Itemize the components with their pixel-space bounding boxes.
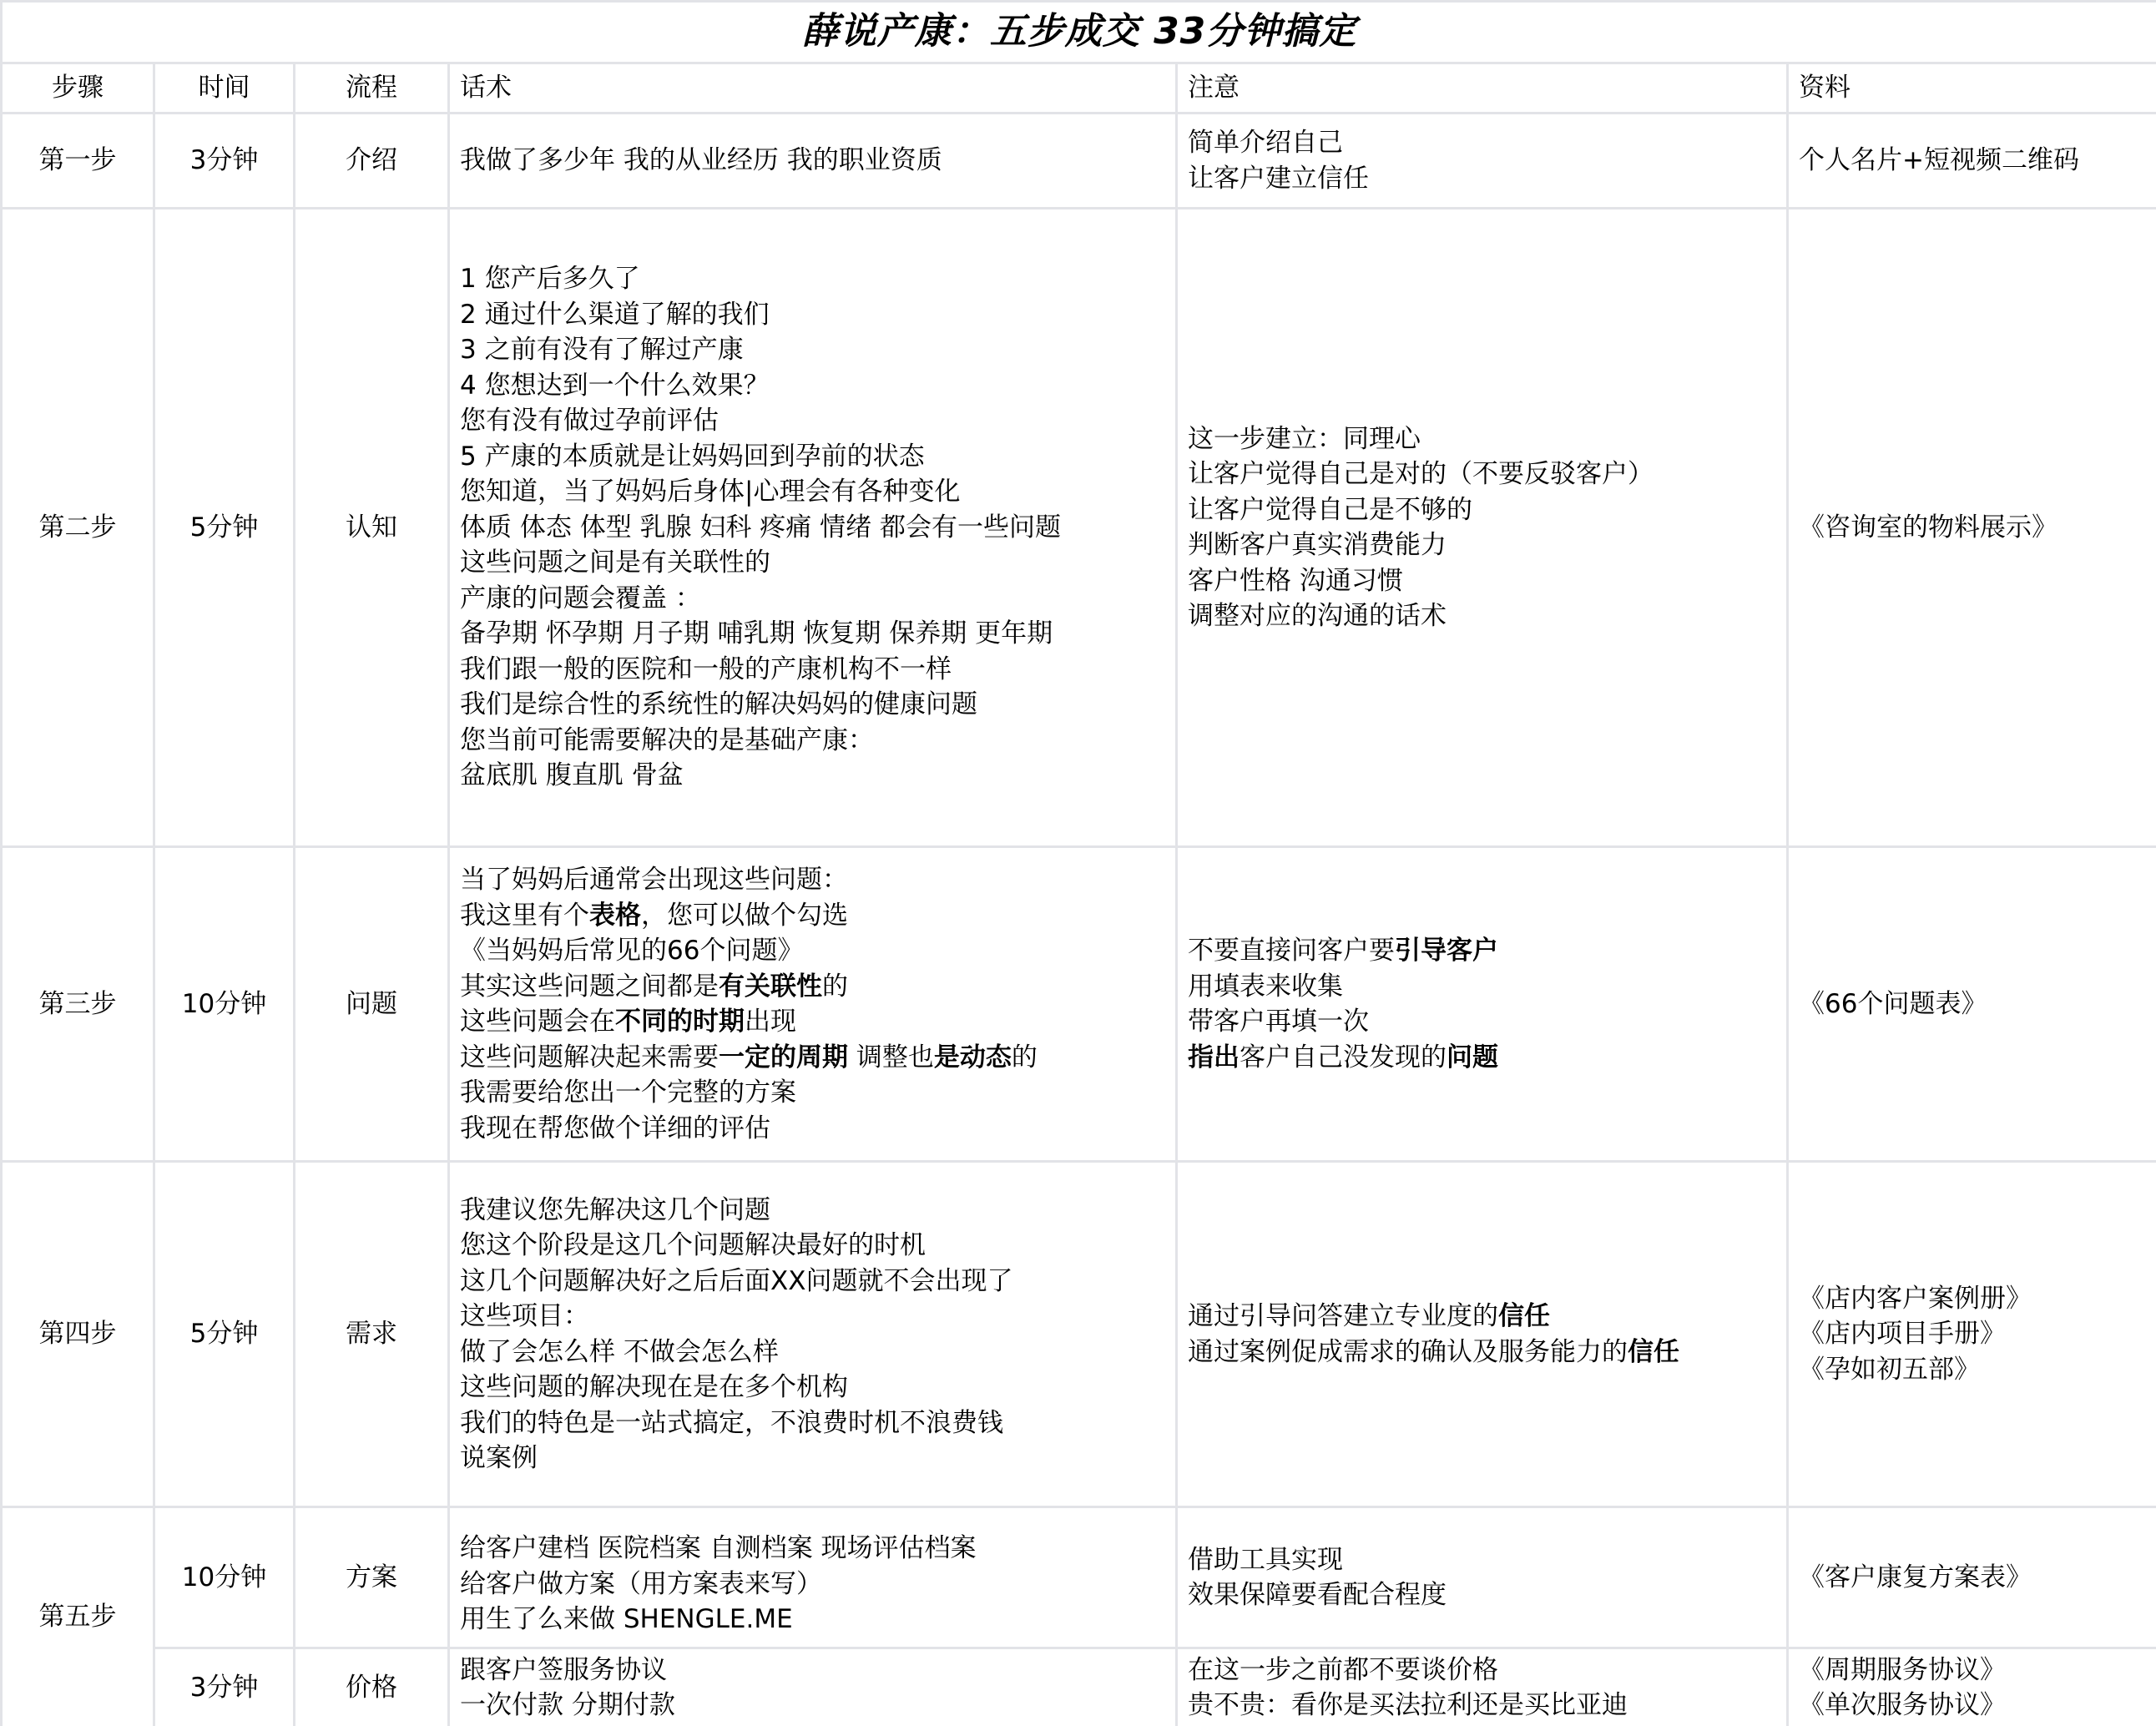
script-line: 我们的特色是一站式搞定，不浪费时机不浪费钱 [460, 1406, 1169, 1441]
notes-line: 通过引导问答建立专业度的信任 [1188, 1299, 1780, 1335]
script-line: 这些问题解决起来需要一定的周期 调整也是动态的 [460, 1040, 1169, 1076]
materials-line: 《孕如初五部》 [1799, 1352, 2149, 1388]
cell-notes: 这一步建立：同理心 让客户觉得自己是对的（不要反驳客户） 让客户觉得自己是不够的… [1177, 209, 1788, 847]
script-line: 体质 体态 体型 乳腺 妇科 疼痛 情绪 都会有一些问题 [460, 510, 1169, 546]
script-line: 当了妈妈后通常会出现这些问题： [460, 862, 1169, 898]
table-row-step-5-plan: 第五步 10分钟 方案 给客户建档 医院档案 自测档案 现场评估档案 给客户做方… [2, 1507, 2156, 1648]
notes-line: 通过案例促成需求的确认及服务能力的信任 [1188, 1335, 1780, 1370]
text-run: 的 [1012, 1042, 1038, 1072]
script-line: 这些项目： [460, 1299, 1169, 1335]
cell-script: 当了妈妈后通常会出现这些问题： 我这里有个表格，您可以做个勾选 《当妈妈后常见的… [449, 847, 1177, 1162]
script-line: 做了会怎么样 不做会怎么样 [460, 1335, 1169, 1370]
cell-notes: 通过引导问答建立专业度的信任 通过案例促成需求的确认及服务能力的信任 [1177, 1162, 1788, 1507]
bold-text: 一定的周期 [719, 1042, 848, 1072]
script-line: 我现在帮您做个详细的评估 [460, 1111, 1169, 1147]
text-run: 不要直接问客户要 [1188, 936, 1395, 966]
script-line: 产康的问题会覆盖 ： [460, 581, 1169, 617]
script-line: 我建议您先解决这几个问题 [460, 1193, 1169, 1229]
script-line: 这些问题会在不同的时期出现 [460, 1004, 1169, 1040]
header-time: 时间 [154, 63, 295, 114]
cell-script: 给客户建档 医院档案 自测档案 现场评估档案 给客户做方案（用方案表来写） 用生… [449, 1507, 1177, 1648]
bold-text: 指出 [1188, 1042, 1240, 1072]
cell-time: 10分钟 [154, 1507, 295, 1648]
header-row: 步骤 时间 流程 话术 注意 资料 [2, 63, 2156, 114]
cell-notes: 简单介绍自己 让客户建立信任 [1177, 114, 1788, 209]
text-run: ，您可以做个勾选 [641, 901, 848, 931]
script-line: 跟客户签服务协议 [460, 1653, 1169, 1688]
header-process: 流程 [295, 63, 449, 114]
script-line: 一次付款 分期付款 [460, 1688, 1169, 1723]
cell-process: 需求 [295, 1162, 449, 1507]
script-line: 您这个阶段是这几个问题解决最好的时机 [460, 1228, 1169, 1264]
text-run: 我这里有个 [460, 901, 589, 931]
notes-line: 借助工具实现 [1188, 1542, 1780, 1578]
text-run: 这些问题解决起来需要 [460, 1042, 719, 1072]
cell-script: 我建议您先解决这几个问题 您这个阶段是这几个问题解决最好的时机 这几个问题解决好… [449, 1162, 1177, 1507]
notes-line: 这一步建立：同理心 [1188, 421, 1780, 457]
cell-time: 5分钟 [154, 209, 295, 847]
script-line: 您知道，当了妈妈后身体|心理会有各种变化 [460, 474, 1169, 510]
script-line: 给客户做方案（用方案表来写） [460, 1567, 1169, 1602]
materials-line: 《客户康复方案表》 [1799, 1560, 2149, 1596]
notes-line: 在这一步之前都不要谈价格 [1188, 1653, 1780, 1688]
cell-process: 价格 [295, 1648, 449, 1726]
notes-line: 贵不贵：看你是买法拉利还是买比亚迪 [1188, 1688, 1780, 1723]
cell-step: 第二步 [2, 209, 154, 847]
notes-line: 让客户觉得自己是不够的 [1188, 492, 1780, 528]
notes-line: 简单介绍自己 [1188, 125, 1780, 161]
materials-line: 个人名片+短视频二维码 [1799, 143, 2149, 179]
materials-line: 《单次服务协议》 [1799, 1688, 2149, 1723]
materials-line: 《周期服务协议》 [1799, 1653, 2149, 1688]
cell-time: 5分钟 [154, 1162, 295, 1507]
script-line: 盆底肌 腹直肌 骨盆 [460, 758, 1169, 794]
bold-text: 信任 [1498, 1301, 1550, 1331]
script-line: 这些问题的解决现在是在多个机构 [460, 1370, 1169, 1406]
notes-line: 不要直接问客户要引导客户 [1188, 933, 1780, 969]
script-line: 我们是综合性的系统性的解决妈妈的健康问题 [460, 687, 1169, 723]
cell-script: 跟客户签服务协议 一次付款 分期付款 [449, 1648, 1177, 1726]
notes-line: 调整对应的沟通的话术 [1188, 598, 1780, 634]
cell-materials: 《66个问题表》 [1788, 847, 2156, 1162]
text-run: 客户自己没发现的 [1240, 1042, 1447, 1072]
title-row: 薛说产康：五步成交 33分钟搞定 [2, 2, 2156, 63]
notes-line: 客户性格 沟通习惯 [1188, 563, 1780, 599]
script-line: 我这里有个表格，您可以做个勾选 [460, 898, 1169, 934]
script-line: 您有没有做过孕前评估 [460, 403, 1169, 439]
bold-text: 问题 [1447, 1042, 1498, 1072]
script-line: 2 通过什么渠道了解的我们 [460, 297, 1169, 333]
script-line: 给客户建档 医院档案 自测档案 现场评估档案 [460, 1531, 1169, 1567]
sales-steps-table: 薛说产康：五步成交 33分钟搞定 步骤 时间 流程 话术 注意 资料 第一步 3… [0, 0, 2156, 1726]
table-row-step-5-price: 3分钟 价格 跟客户签服务协议 一次付款 分期付款 在这一步之前都不要谈价格 贵… [2, 1648, 2156, 1726]
text-run: 通过案例促成需求的确认及服务能力的 [1188, 1337, 1628, 1367]
cell-materials: 《客户康复方案表》 [1788, 1507, 2156, 1648]
script-line: 其实这些问题之间都是有关联性的 [460, 969, 1169, 1005]
script-line: 用生了么来做 SHENGLE.ME [460, 1602, 1169, 1638]
cell-process: 问题 [295, 847, 449, 1162]
table-row-step-3: 第三步 10分钟 问题 当了妈妈后通常会出现这些问题： 我这里有个表格，您可以做… [2, 847, 2156, 1162]
bold-text: 是动态 [934, 1042, 1012, 1072]
materials-line: 《咨询室的物料展示》 [1799, 510, 2149, 546]
bold-text: 有关联性 [719, 972, 822, 1002]
cell-materials: 《周期服务协议》 《单次服务协议》 [1788, 1648, 2156, 1726]
script-line: 这些问题之间是有关联性的 [460, 545, 1169, 581]
cell-process: 认知 [295, 209, 449, 847]
bold-text: 表格 [589, 901, 641, 931]
cell-materials: 《店内客户案例册》 《店内项目手册》 《孕如初五部》 [1788, 1162, 2156, 1507]
notes-line: 让客户建立信任 [1188, 161, 1780, 197]
script-line: 我需要给您出一个完整的方案 [460, 1075, 1169, 1111]
cell-step: 第一步 [2, 114, 154, 209]
text-run: 出现 [745, 1007, 796, 1037]
materials-line: 《店内项目手册》 [1799, 1316, 2149, 1352]
notes-line: 带客户再填一次 [1188, 1004, 1780, 1040]
text-run: 其实这些问题之间都是 [460, 972, 719, 1002]
script-line: 我们跟一般的医院和一般的产康机构不一样 [460, 652, 1169, 688]
cell-time: 10分钟 [154, 847, 295, 1162]
script-line: 说案例 [460, 1441, 1169, 1476]
bold-text: 不同的时期 [615, 1007, 745, 1037]
header-materials: 资料 [1788, 63, 2156, 114]
script-line: 5 产康的本质就是让妈妈回到孕前的状态 [460, 439, 1169, 475]
bold-text: 信任 [1628, 1337, 1679, 1367]
table-row-step-1: 第一步 3分钟 介绍 我做了多少年 我的从业经历 我的职业资质 简单介绍自己 让… [2, 114, 2156, 209]
cell-notes: 借助工具实现 效果保障要看配合程度 [1177, 1507, 1788, 1648]
script-line: 备孕期 怀孕期 月子期 哺乳期 恢复期 保养期 更年期 [460, 616, 1169, 652]
page-title: 薛说产康：五步成交 33分钟搞定 [2, 2, 2156, 63]
table-row-step-2: 第二步 5分钟 认知 1 您产后多久了 2 通过什么渠道了解的我们 3 之前有没… [2, 209, 2156, 847]
script-line: 《当妈妈后常见的66个问题》 [460, 933, 1169, 969]
cell-process: 介绍 [295, 114, 449, 209]
notes-line: 指出客户自己没发现的问题 [1188, 1040, 1780, 1076]
cell-notes: 不要直接问客户要引导客户 用填表来收集 带客户再填一次 指出客户自己没发现的问题 [1177, 847, 1788, 1162]
notes-line: 判断客户真实消费能力 [1188, 527, 1780, 563]
cell-materials: 《咨询室的物料展示》 [1788, 209, 2156, 847]
script-line: 我做了多少年 我的从业经历 我的职业资质 [460, 143, 1169, 179]
cell-script: 我做了多少年 我的从业经历 我的职业资质 [449, 114, 1177, 209]
materials-line: 《店内客户案例册》 [1799, 1281, 2149, 1317]
text-run: 通过引导问答建立专业度的 [1188, 1301, 1498, 1331]
text-run: 的 [822, 972, 848, 1002]
table-row-step-4: 第四步 5分钟 需求 我建议您先解决这几个问题 您这个阶段是这几个问题解决最好的… [2, 1162, 2156, 1507]
bold-text: 引导客户 [1395, 936, 1498, 966]
cell-step: 第三步 [2, 847, 154, 1162]
script-line: 这几个问题解决好之后后面XX问题就不会出现了 [460, 1264, 1169, 1300]
materials-line: 《66个问题表》 [1799, 987, 2149, 1022]
cell-process: 方案 [295, 1507, 449, 1648]
notes-line: 效果保障要看配合程度 [1188, 1577, 1780, 1613]
text-run: 调整也 [848, 1042, 934, 1072]
notes-line: 让客户觉得自己是对的（不要反驳客户） [1188, 457, 1780, 492]
script-line: 3 之前有没有了解过产康 [460, 332, 1169, 368]
text-run: 这些问题会在 [460, 1007, 615, 1037]
cell-time: 3分钟 [154, 1648, 295, 1726]
cell-notes: 在这一步之前都不要谈价格 贵不贵：看你是买法拉利还是买比亚迪 [1177, 1648, 1788, 1726]
header-notes: 注意 [1177, 63, 1788, 114]
notes-line: 用填表来收集 [1188, 969, 1780, 1005]
script-line: 您当前可能需要解决的是基础产康： [460, 723, 1169, 759]
cell-time: 3分钟 [154, 114, 295, 209]
script-line: 4 您想达到一个什么效果？ [460, 368, 1169, 404]
cell-script: 1 您产后多久了 2 通过什么渠道了解的我们 3 之前有没有了解过产康 4 您想… [449, 209, 1177, 847]
script-line: 1 您产后多久了 [460, 261, 1169, 297]
header-script: 话术 [449, 63, 1177, 114]
cell-step: 第五步 [2, 1507, 154, 1726]
cell-step: 第四步 [2, 1162, 154, 1507]
cell-materials: 个人名片+短视频二维码 [1788, 114, 2156, 209]
header-step: 步骤 [2, 63, 154, 114]
